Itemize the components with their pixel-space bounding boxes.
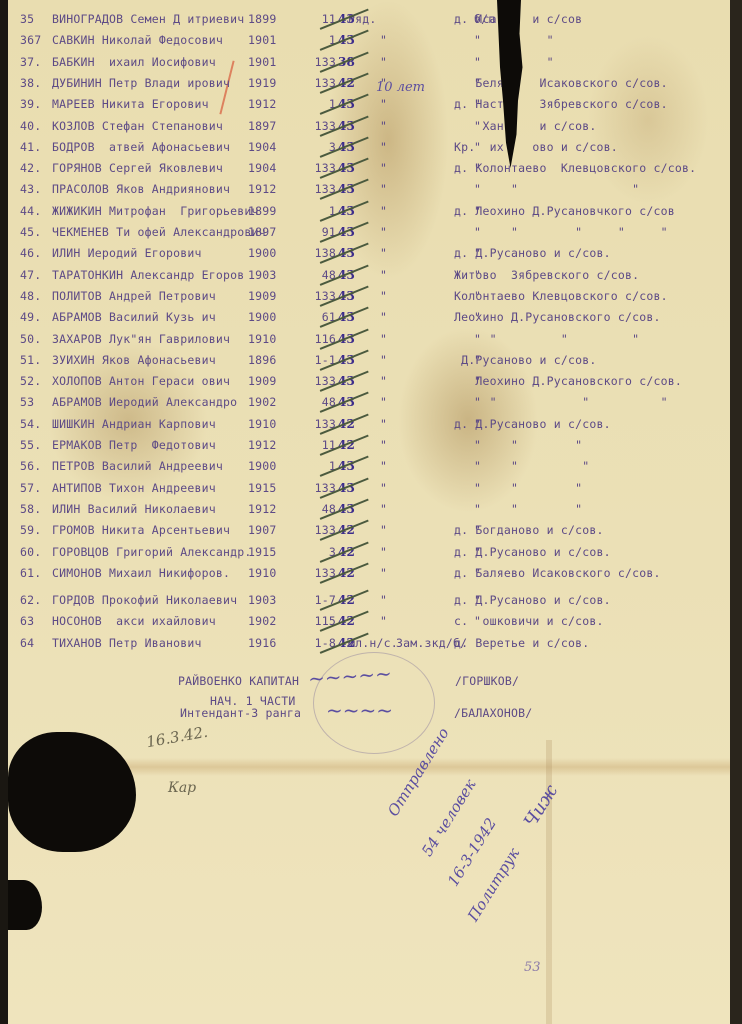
table-row: 44.ЖИЖИКИН Митрофан Григорьевич1899143""… [8, 204, 728, 224]
cell-no: 40. [20, 119, 54, 133]
cell-year: 1896 [248, 353, 277, 367]
cell-name: ГОРОВЦОВ Григорий Александр. [52, 545, 251, 559]
cell-year: 1912 [248, 438, 277, 452]
cell-name: ВИНОГРАДОВ Семен Д итриевич [52, 12, 244, 26]
cell-addr: Беля Исаковского с/сов. [454, 76, 668, 90]
table-row: 40.КОЗЛОВ Стефан Степанович189713343"" Х… [8, 119, 728, 139]
cell-rank: " [380, 614, 387, 628]
table-row: 57.АНТИПОВ Тихон Андреевич191513343"" " … [8, 481, 728, 501]
cell-name: ЗУИХИН Яков Афонасьевич [52, 353, 216, 367]
cell-rank: " [380, 225, 387, 239]
cell-year: 1909 [248, 374, 277, 388]
cell-year: 1919 [248, 76, 277, 90]
cell-name: БАБКИН ихаил Иосифович [52, 55, 216, 69]
cell-name: ПРАСОЛОВ Яков Андриянович [52, 182, 230, 196]
cell-no: 367 [20, 33, 54, 47]
cell-addr: д. Д.Русаново и с/сов. [454, 593, 611, 607]
cell-rank: " [380, 523, 387, 537]
cell-no: 57. [20, 481, 54, 495]
table-row: 39.МАРЕЕВ Никита Егорович1912143""д. Нас… [8, 97, 728, 117]
cell-year: 1900 [248, 310, 277, 324]
cell-no: 64 [20, 636, 54, 650]
cell-name: НОСОНОВ акси ихайлович [52, 614, 216, 628]
table-row: 37.БАБКИН ихаил Иосифович190113338"" " [8, 55, 728, 75]
cell-no: 50. [20, 332, 54, 346]
cell-addr: " " [454, 438, 582, 452]
cell-name: ЧЕКМЕНЕВ Ти офей Александрович [52, 225, 266, 239]
cell-name: ТАРАТОНКИН Александр Егоров [52, 268, 244, 282]
cell-rank: " [380, 438, 387, 452]
cell-addr: Кр. их ово и с/сов. [454, 140, 618, 154]
cell-year: 1910 [248, 566, 277, 580]
cell-addr: " " " [454, 332, 639, 346]
cell-name: ГРОМОВ Никита Арсентьевич [52, 523, 230, 537]
cell-no: 58. [20, 502, 54, 516]
table-row: 49.АБРАМОВ Василий Кузь ич19006143""Леох… [8, 310, 728, 330]
table-row: 43.ПРАСОЛОВ Яков Андриянович191213343"" … [8, 182, 728, 202]
cell-year: 1909 [248, 289, 277, 303]
cell-name: БОДРОВ атвей Афонасьевич [52, 140, 230, 154]
cell-addr: д. Д.Русаново и с/сов. [454, 545, 611, 559]
cell-addr: " " [454, 481, 582, 495]
cell-year: 1900 [248, 459, 277, 473]
cell-year: 1899 [248, 204, 277, 218]
table-row: 46.ИЛИН Иеродий Егорович190013843""д. Д.… [8, 246, 728, 266]
cell-addr: д. Колонтаево Клевцовского с/сов. [454, 161, 696, 175]
table-row: 60.ГОРОВЦОВ Григорий Александр.1915342""… [8, 545, 728, 565]
cell-no: 44. [20, 204, 54, 218]
cell-no: 38. [20, 76, 54, 90]
cell-no: 35 [20, 12, 54, 26]
cell-addr: д. Леохино Д.Русановчкого с/сов [454, 204, 675, 218]
cell-year: 1912 [248, 97, 277, 111]
table-row: 56.ПЕТРОВ Василий Андреевич1900143"" " " [8, 459, 728, 479]
cell-year: 1915 [248, 481, 277, 495]
cell-year: 1910 [248, 332, 277, 346]
table-row: 54.ШИШКИН Андриан Карпович191013342""д. … [8, 417, 728, 437]
cell-addr: Хан и с/сов. [454, 119, 596, 133]
signature-name-1: /ГОРШКОВ/ [455, 674, 519, 688]
table-row: 53АБРАМОВ Иеродий Александро19024843"" "… [8, 395, 728, 415]
cell-addr: д. Богданово и с/сов. [454, 523, 604, 537]
cell-name: САВКИН Николай Федосович [52, 33, 223, 47]
cell-no: 45. [20, 225, 54, 239]
cell-no: 54. [20, 417, 54, 431]
cell-no: 55. [20, 438, 54, 452]
cell-name: ЗАХАРОВ Лук"ян Гаврилович [52, 332, 230, 346]
cell-year: 1897 [248, 119, 277, 133]
cell-rank: " [380, 545, 387, 559]
cell-no: 60. [20, 545, 54, 559]
cell-rank: " [380, 119, 387, 133]
cell-year: 1916 [248, 636, 277, 650]
pencil-note: Кар [168, 780, 196, 796]
cell-no: 53 [20, 395, 54, 409]
cell-year: 1912 [248, 502, 277, 516]
cell-year: 1901 [248, 33, 277, 47]
cell-year: 1904 [248, 140, 277, 154]
cell-rank: " [380, 310, 387, 324]
cell-no: 51. [20, 353, 54, 367]
table-row: 61.СИМОНОВ Михаил Никифоров.191013342""д… [8, 566, 728, 586]
cell-rank: " [380, 395, 387, 409]
cell-no: 37. [20, 55, 54, 69]
cell-name: ДУБИНИН Петр Влади ирович [52, 76, 230, 90]
cell-rank: " [380, 268, 387, 282]
cell-year: 1904 [248, 161, 277, 175]
cell-addr: " " " " [454, 225, 668, 239]
cell-name: ПОЛИТОВ Андрей Петрович [52, 289, 216, 303]
cell-no: 56. [20, 459, 54, 473]
cell-no: 41. [20, 140, 54, 154]
cell-no: 62. [20, 593, 54, 607]
signature-title-2b: Интендант-3 ранга [180, 706, 301, 720]
cell-rank: " [380, 459, 387, 473]
handwritten-signature-3: Чиж [520, 781, 562, 831]
cell-no: 63 [20, 614, 54, 628]
cell-addr: " " " [454, 395, 668, 409]
scan-edge [730, 0, 742, 1024]
cell-name: ИЛИН Иеродий Егорович [52, 246, 202, 260]
cell-year: 1915 [248, 545, 277, 559]
cell-rank: " [380, 246, 387, 260]
handwritten-signature-2: ~~~~ [326, 698, 393, 722]
cell-year: 1902 [248, 395, 277, 409]
pencil-date: 16.3.42. [145, 723, 209, 751]
cell-rank: " [380, 566, 387, 580]
cell-rank: " [380, 502, 387, 516]
cell-year: 1912 [248, 182, 277, 196]
signature-name-2: /БАЛАХОНОВ/ [454, 706, 532, 720]
cell-year: 1899 [248, 12, 277, 26]
cell-rank: " [380, 353, 387, 367]
cell-year: 1903 [248, 268, 277, 282]
cell-addr: д. Баляево Исаковского с/сов. [454, 566, 661, 580]
cell-year: 1900 [248, 246, 277, 260]
cell-no: 49. [20, 310, 54, 324]
page-number: 53 [524, 960, 541, 975]
cell-rank: " [380, 55, 387, 69]
cell-rank: " [380, 593, 387, 607]
cell-rank: " [380, 140, 387, 154]
cell-rank: " [380, 161, 387, 175]
cell-name: ГОРДОВ Прокофий Николаевич [52, 593, 237, 607]
cell-name: ТИХАНОВ Петр Иванович [52, 636, 202, 650]
cell-rank: " [380, 481, 387, 495]
cell-addr: д. Наст Зябревского с/сов. [454, 97, 668, 111]
paper-damage-hole-2 [8, 880, 42, 930]
cell-no: 59. [20, 523, 54, 537]
cell-name: КОЗЛОВ Стефан Степанович [52, 119, 223, 133]
cell-addr: Колонтаево Клевцовского с/сов. [454, 289, 668, 303]
cell-name: ШИШКИН Андриан Карпович [52, 417, 216, 431]
cell-no: 43. [20, 182, 54, 196]
document-page: 35ВИНОГРАДОВ Семен Д итриевич18991143Ряд… [8, 0, 730, 1024]
cell-year: 1910 [248, 417, 277, 431]
cell-name: ПЕТРОВ Василий Андреевич [52, 459, 223, 473]
cell-no: 61. [20, 566, 54, 580]
cell-year: 1901 [248, 55, 277, 69]
cell-year: 1903 [248, 593, 277, 607]
cell-rank: " [380, 204, 387, 218]
cell-name: АБРАМОВ Василий Кузь ич [52, 310, 216, 324]
cell-addr: д. Веретье и с/сов. [454, 636, 589, 650]
cell-name: ГОРЯНОВ Сергей Яковлевич [52, 161, 223, 175]
cell-year: 1907 [248, 523, 277, 537]
paper-damage-hole [8, 732, 136, 852]
cell-name: ЖИЖИКИН Митрофан Григорьевич [52, 204, 259, 218]
cell-name: СИМОНОВ Михаил Никифоров. [52, 566, 230, 580]
cell-rank: " [380, 374, 387, 388]
cell-name: ЕРМАКОВ Петр Федотович [52, 438, 216, 452]
table-row: 50.ЗАХАРОВ Лук"ян Гаврилович191011643"" … [8, 332, 728, 352]
cell-addr: Леохино Д.Русановского с/сов. [454, 310, 661, 324]
cell-name: ХОЛОПОВ Антон Гераси ович [52, 374, 230, 388]
cell-no: 48. [20, 289, 54, 303]
cell-name: МАРЕЕВ Никита Егорович [52, 97, 209, 111]
cell-addr: Д.Русаново и с/сов. [454, 353, 596, 367]
cell-rank: " [380, 33, 387, 47]
cell-addr: с. ошковичи и с/сов. [454, 614, 604, 628]
signature-title-1: РАЙВОЕНКО КАПИТАН [178, 674, 299, 688]
table-row: 59.ГРОМОВ Никита Арсентьевич190713342""д… [8, 523, 728, 543]
margin-note-row38: 10 лет [376, 80, 425, 95]
cell-name: ИЛИН Василий Николаевич [52, 502, 216, 516]
cell-year: 1897 [248, 225, 277, 239]
table-row: 367САВКИН Николай Федосович1901143"" " [8, 33, 728, 53]
table-row: 47.ТАРАТОНКИН Александр Егоров19034843""… [8, 268, 728, 288]
cell-rank: " [380, 289, 387, 303]
cell-addr: " " [454, 182, 639, 196]
cell-rank: " [380, 97, 387, 111]
cell-name: АБРАМОВ Иеродий Александро [52, 395, 237, 409]
cell-rank: " [380, 182, 387, 196]
cell-rank: " [380, 417, 387, 431]
cell-no: 52. [20, 374, 54, 388]
cell-addr: " " [454, 459, 589, 473]
cell-addr: Леохино Д.Русановского с/сов. [454, 374, 682, 388]
cell-no: 47. [20, 268, 54, 282]
cell-addr: Житово Зябревского с/сов. [454, 268, 639, 282]
cell-no: 42. [20, 161, 54, 175]
cell-no: 46. [20, 246, 54, 260]
cell-year: 1902 [248, 614, 277, 628]
cell-rank: " [380, 332, 387, 346]
cell-addr: " " [454, 502, 582, 516]
table-row: 63НОСОНОВ акси ихайлович190211542""с. ош… [8, 614, 728, 634]
cell-name: АНТИПОВ Тихон Андреевич [52, 481, 216, 495]
cell-addr: д. Д.Русаново и с/сов. [454, 246, 611, 260]
cell-addr: д. Д.Русаново и с/сов. [454, 417, 611, 431]
cell-no: 39. [20, 97, 54, 111]
